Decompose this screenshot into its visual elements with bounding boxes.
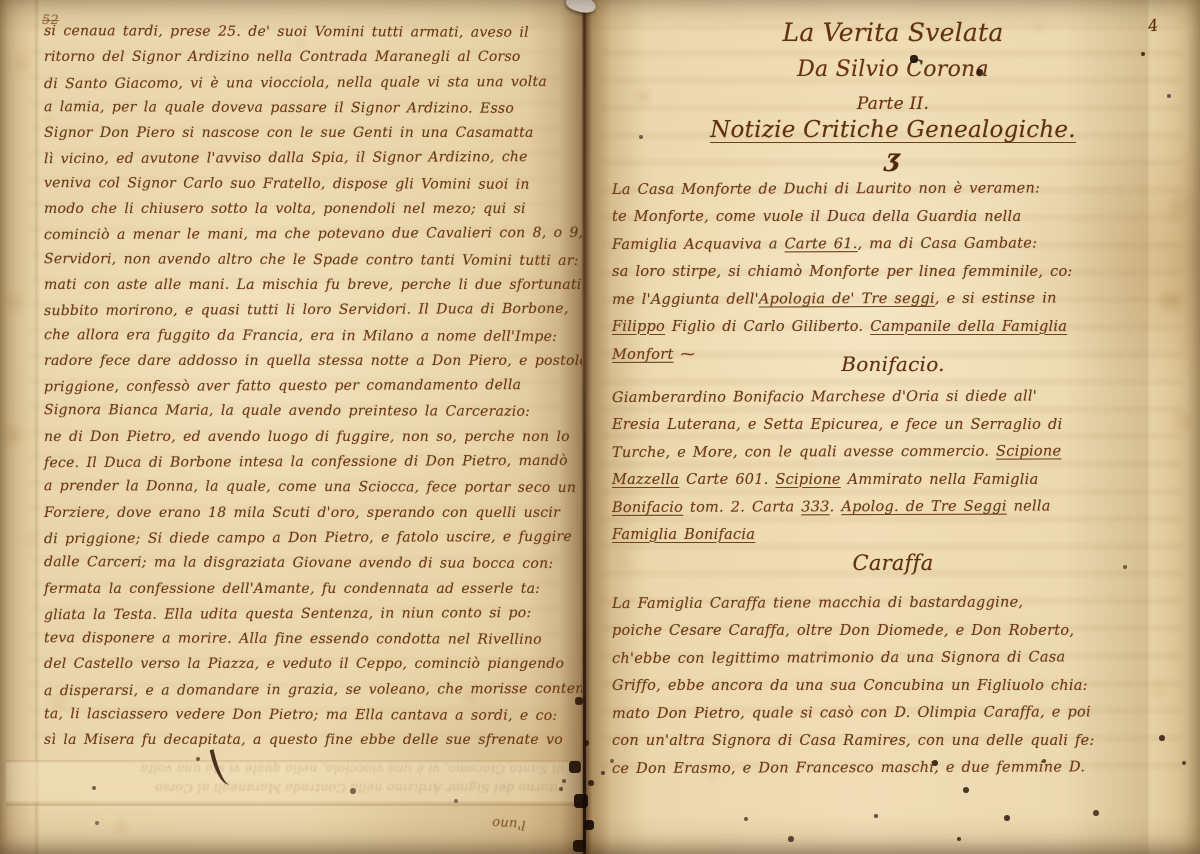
manuscript-line: radore fece dare addosso in quella stess… <box>44 349 574 374</box>
manuscript-line: Servidori, non avendo altro che le Spade… <box>44 247 574 274</box>
manuscript-line: me l'Aggiunta dell'Apologia de' Tre segg… <box>612 285 1174 314</box>
manuscript-line: mati con aste alle mani. La mischia fu b… <box>44 273 574 298</box>
manuscript-line: Griffo, ebbe ancora da una sua Concubina… <box>612 673 1174 701</box>
manuscript-line: subbito morirono, e quasi tutti li loro … <box>44 297 574 325</box>
manuscript-line: gliata la Testa. Ella udita questa Sente… <box>44 601 574 629</box>
manuscript-photo: 52 si cenaua tardi, prese 25. de' suoi V… <box>0 0 1200 854</box>
manuscript-line: sa loro stirpe, si chiamò Monforte per l… <box>612 259 1174 287</box>
manuscript-line: modo che li chiusero sotto la volta, pon… <box>44 197 574 222</box>
part-label: Parte II. <box>612 94 1174 114</box>
manuscript-line: che allora era fuggito da Francia, era i… <box>44 323 574 350</box>
manuscript-line: Turche, e More, con le quali avesse comm… <box>612 438 1174 467</box>
manuscript-line: ta, li lasciassero vedere Don Pietro; ma… <box>44 702 574 729</box>
bonifacio-paragraph: Giamberardino Bonifacio Marchese d'Oria … <box>612 384 1174 549</box>
section-heading: Notizie Critiche Genealogiche. <box>612 117 1174 143</box>
manuscript-line: a lamia, per la quale doveva passare il … <box>44 95 574 122</box>
manuscript-line: ce Don Erasmo, e Don Francesco maschi, e… <box>612 754 1174 783</box>
manuscript-line: sì la Misera fu decapitata, a questo fin… <box>44 728 574 753</box>
manuscript-line: Giamberardino Bonifacio Marchese d'Oria … <box>612 383 1174 412</box>
monforte-paragraph: La Casa Monforte de Duchi di Laurito non… <box>612 176 1174 369</box>
manuscript-line: La Famiglia Caraffa tiene macchia di bas… <box>612 589 1174 618</box>
bleedthrough-ghost-text: ritorno del Signor Ardizino nella Contra… <box>6 760 634 802</box>
manuscript-line: a prender la Donna, la quale, come una S… <box>44 474 574 501</box>
manuscript-line: Famiglia Acquaviva a Carte 61., ma di Ca… <box>612 230 1174 259</box>
manuscript-line: fece. Il Duca di Borbone intesa la confe… <box>44 449 574 477</box>
manuscript-line: poiche Cesare Caraffa, oltre Don Diomede… <box>612 618 1174 646</box>
manuscript-line: te Monforte, come vuole il Duca della Gu… <box>612 204 1174 232</box>
caraffa-heading: Caraffa <box>612 551 1174 575</box>
author-line: Da Silvio Corona <box>612 57 1174 82</box>
manuscript-line: Signora Bianca Maria, la quale avendo pr… <box>44 399 574 426</box>
manuscript-line: Filippo Figlio di Carlo Giliberto. Campa… <box>612 314 1174 342</box>
manuscript-line: lì vicino, ed avutone l'avviso dalla Spi… <box>44 145 574 173</box>
manuscript-line: Eresia Luterana, e Setta Epicurea, e fec… <box>612 412 1174 440</box>
manuscript-line: Famiglia Bonifacia <box>612 522 1174 550</box>
manuscript-line: Mazzella Carte 601. Scipione Ammirato ne… <box>612 467 1174 495</box>
manuscript-line: teva disponere a morire. Alla fine essen… <box>44 626 574 653</box>
manuscript-line: si cenaua tardi, prese 25. de' suoi Vomi… <box>44 19 574 46</box>
manuscript-line: del Castello verso la Piazza, e veduto i… <box>44 652 574 677</box>
manuscript-line: con un'altra Signora di Casa Ramires, co… <box>612 728 1174 756</box>
caraffa-paragraph: La Famiglia Caraffa tiene macchia di bas… <box>612 590 1174 783</box>
manuscript-line: fermata la confessione dell'Amante, fu c… <box>44 577 574 602</box>
left-page: 52 si cenaua tardi, prese 25. de' suoi V… <box>0 0 582 854</box>
work-title: La Verita Svelata <box>612 18 1174 47</box>
manuscript-line: di priggione; Si diede campo a Don Pietr… <box>44 525 574 553</box>
manuscript-line: di Santo Giacomo, vi è una viocciola, ne… <box>44 69 574 97</box>
gutter-ink-blobs <box>0 0 2 2</box>
manuscript-line: ch'ebbe con legittimo matrimonio da una … <box>612 644 1174 673</box>
bonifacio-heading: Bonifacio. <box>612 352 1174 376</box>
manuscript-line: Signor Don Piero si nascose con le sue G… <box>44 121 574 146</box>
right-page: 4 La Verita Svelata Da Silvio Corona Par… <box>582 0 1200 854</box>
manuscript-line: La Casa Monforte de Duchi di Laurito non… <box>612 175 1174 204</box>
upside-down-note: l'uno <box>492 815 526 832</box>
left-page-text: si cenaua tardi, prese 25. de' suoi Vomi… <box>44 20 574 754</box>
manuscript-line: cominciò a menar le mani, ma che potevan… <box>44 221 574 249</box>
manuscript-line: veniva col Signor Carlo suo Fratello, di… <box>44 171 574 198</box>
manuscript-line: Bonifacio tom. 2. Carta 333. Apolog. de … <box>612 493 1174 522</box>
flourish-ornament: Ʒ <box>610 148 1176 177</box>
manuscript-line: priggione, confessò aver fatto questo pe… <box>44 373 574 401</box>
repair-strip: ritorno del Signor Ardizino nella Contra… <box>6 760 634 806</box>
manuscript-line: ritorno del Signor Ardizino nella Contra… <box>44 45 574 70</box>
manuscript-line: Forziere, dove erano 18 mila Scuti d'oro… <box>44 501 574 526</box>
manuscript-line: dalle Carceri; ma la disgraziata Giovane… <box>44 550 574 577</box>
manuscript-line: mato Don Pietro, quale si casò con D. Ol… <box>612 699 1174 728</box>
manuscript-line: ne di Don Pietro, ed avendo luogo di fug… <box>44 425 574 450</box>
manuscript-line: a disperarsi, e a domandare in grazia, s… <box>44 677 574 705</box>
